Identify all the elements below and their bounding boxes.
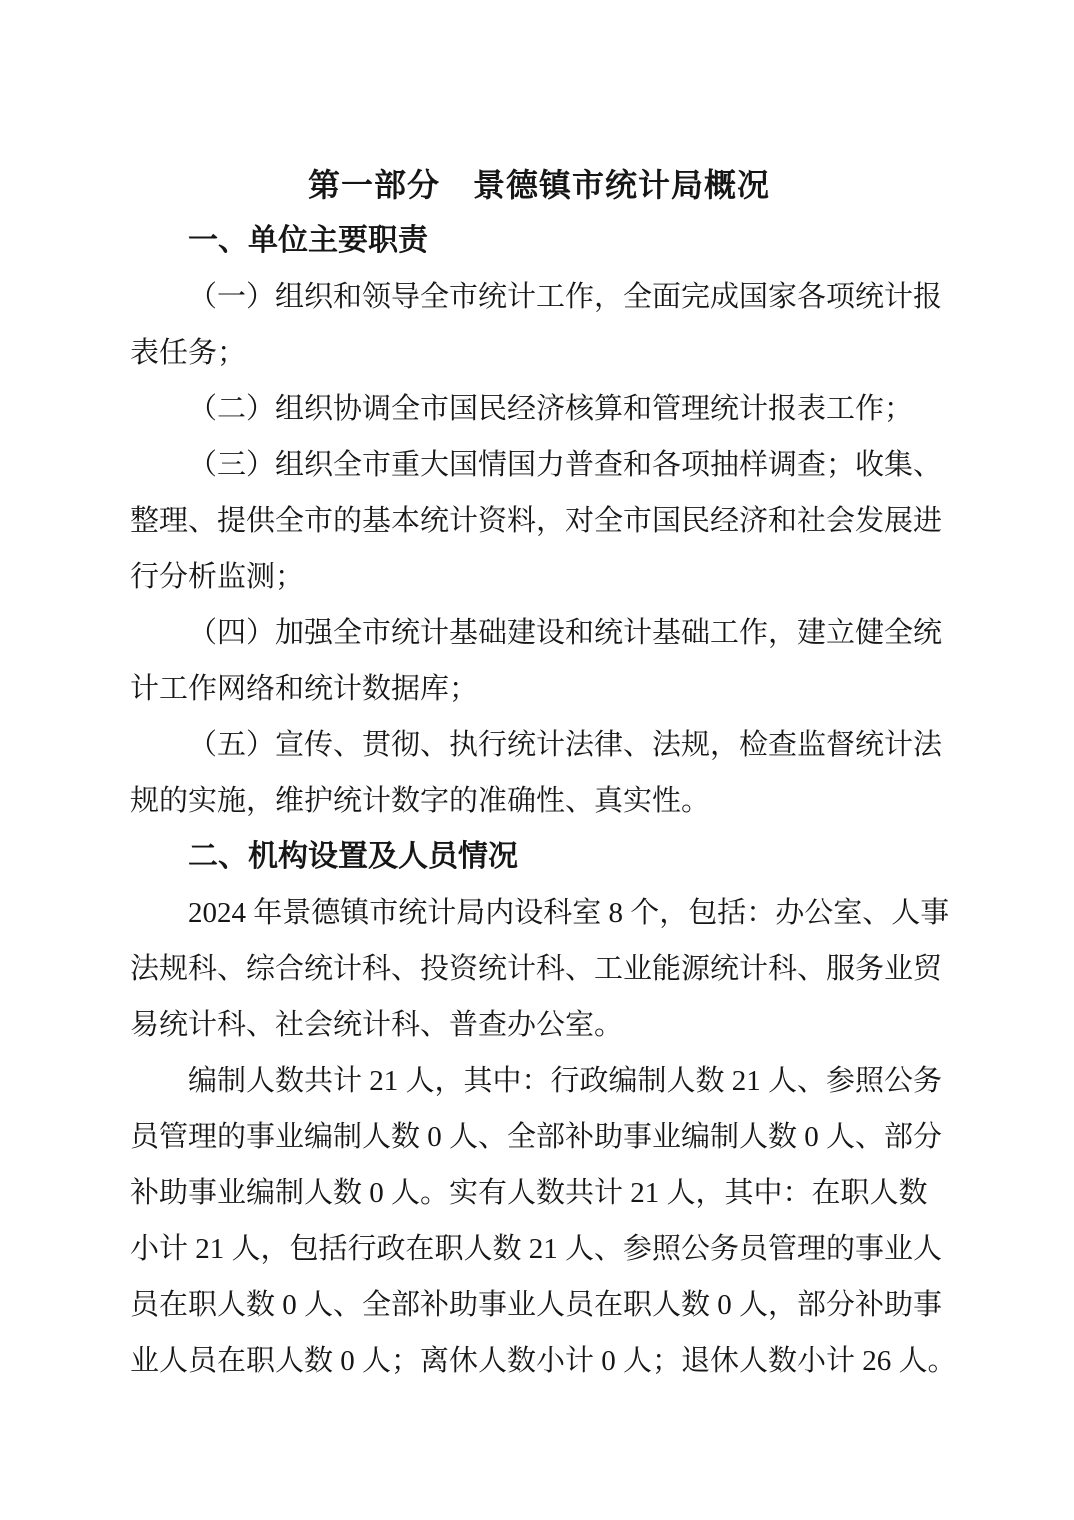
document-page: 第一部分 景德镇市统计局概况 一、单位主要职责 （一）组织和领导全市统计工作，全… [0, 0, 1074, 1520]
paragraph-line: （五）宣传、贯彻、执行统计法律、法规，检查监督统计法 [130, 717, 948, 773]
paragraph-line: （四）加强全市统计基础建设和统计基础工作，建立健全统 [130, 605, 948, 661]
paragraph-line: 易统计科、社会统计科、普查办公室。 [130, 997, 948, 1053]
document-title: 第一部分 景德镇市统计局概况 [130, 157, 948, 213]
paragraph-line: 规的实施，维护统计数字的准确性、真实性。 [130, 773, 948, 829]
paragraph-line: 员在职人数 0 人、全部补助事业人员在职人数 0 人，部分补助事 [130, 1277, 948, 1333]
paragraph-line: 法规科、综合统计科、投资统计科、工业能源统计科、服务业贸 [130, 941, 948, 997]
paragraph-line: （一）组织和领导全市统计工作，全面完成国家各项统计报 [130, 269, 948, 325]
paragraph-line: 整理、提供全市的基本统计资料，对全市国民经济和社会发展进 [130, 493, 948, 549]
paragraph-line: 计工作网络和统计数据库； [130, 661, 948, 717]
paragraph-line: （三）组织全市重大国情国力普查和各项抽样调查；收集、 [130, 437, 948, 493]
paragraph-line: （二）组织协调全市国民经济核算和管理统计报表工作； [130, 381, 948, 437]
section-heading-1: 一、单位主要职责 [130, 213, 948, 269]
section-heading-2: 二、机构设置及人员情况 [130, 829, 948, 885]
paragraph-line: 员管理的事业编制人数 0 人、全部补助事业编制人数 0 人、部分 [130, 1109, 948, 1165]
paragraph-line: 编制人数共计 21 人，其中：行政编制人数 21 人、参照公务 [130, 1053, 948, 1109]
paragraph-line: 补助事业编制人数 0 人。实有人数共计 21 人，其中：在职人数 [130, 1165, 948, 1221]
paragraph-line: 表任务； [130, 325, 948, 381]
paragraph-line: 2024 年景德镇市统计局内设科室 8 个，包括：办公室、人事 [130, 885, 948, 941]
paragraph-line: 行分析监测； [130, 549, 948, 605]
paragraph-line: 业人员在职人数 0 人；离休人数小计 0 人；退休人数小计 26 人。 [130, 1333, 948, 1389]
paragraph-line: 小计 21 人，包括行政在职人数 21 人、参照公务员管理的事业人 [130, 1221, 948, 1277]
